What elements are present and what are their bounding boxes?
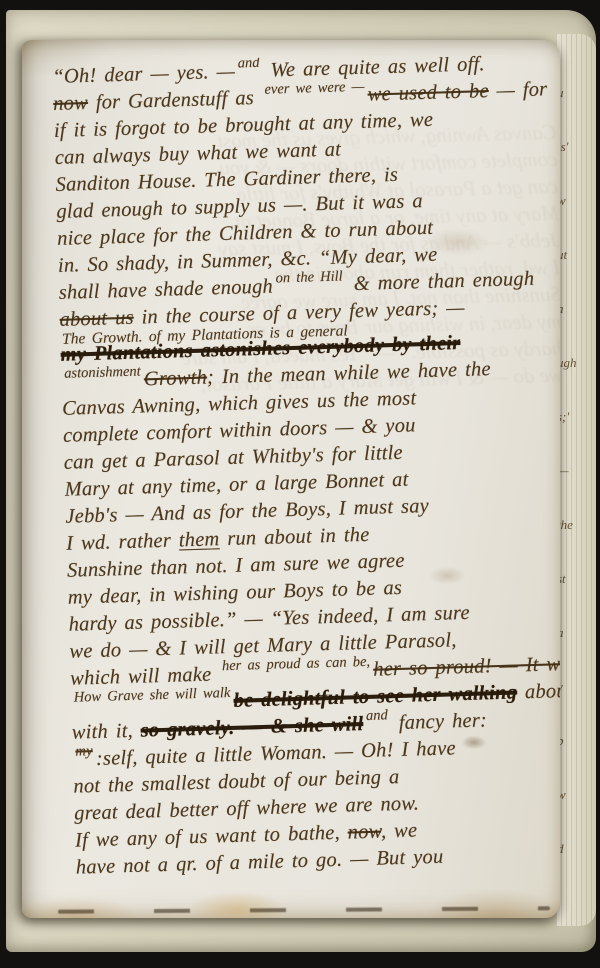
struck-insertion-segment: my <box>75 746 93 757</box>
strikethrough-segment: we used to be <box>367 80 489 106</box>
insertion-segment: How Grave she will walk <box>74 688 231 703</box>
strikethrough-segment: Growth <box>144 367 208 391</box>
insertion-segment: her as proud as can be, <box>222 657 370 671</box>
text-segment: with it, <box>72 720 142 744</box>
text-segment: — for <box>488 78 547 102</box>
manuscript-page: Canvas Awning, which gives us the mostco… <box>22 40 560 918</box>
text-segment: run about in the <box>219 524 370 550</box>
underlined-segment: them <box>178 528 219 551</box>
strikethrough-segment: now <box>53 92 88 115</box>
page-stack-fore-edge: uis'wutaughs;'—thestaybwd. <box>556 34 596 926</box>
text-segment: for Gardenstuff as <box>88 87 262 114</box>
insertion-segment: ever we were — <box>264 82 364 95</box>
strikethrough-segment: her so proud! — It will <box>373 653 560 681</box>
text-segment: We are quite as well off. <box>262 53 485 82</box>
photograph-background: uis'wutaughs;'—thestaybwd. Canvas Awning… <box>0 0 600 968</box>
text-segment: , we <box>381 820 418 843</box>
manuscript-text-block: “Oh! dear — yes. —and We are quite as we… <box>52 49 560 904</box>
text-segment: “Oh! dear — yes. — <box>52 61 235 88</box>
text-segment: & more than enough <box>346 268 535 296</box>
text-segment: shall have shade enough <box>58 276 273 304</box>
insertion-segment: on the Hill <box>276 271 343 283</box>
text-segment: ; In the mean while we have the <box>207 358 491 388</box>
text-segment: fancy her: <box>391 709 488 734</box>
insertion-segment: and <box>238 58 260 69</box>
insertion-segment: and <box>366 710 388 721</box>
strikethrough-heavy-segment: so gravely. — & she will <box>140 713 363 742</box>
strikethrough-segment: about us <box>59 307 134 331</box>
text-segment: about <box>517 680 560 704</box>
insertion-segment: astonishment <box>64 367 141 379</box>
strikethrough-segment: now <box>347 821 381 844</box>
text-segment: I wd. rather <box>66 529 179 554</box>
